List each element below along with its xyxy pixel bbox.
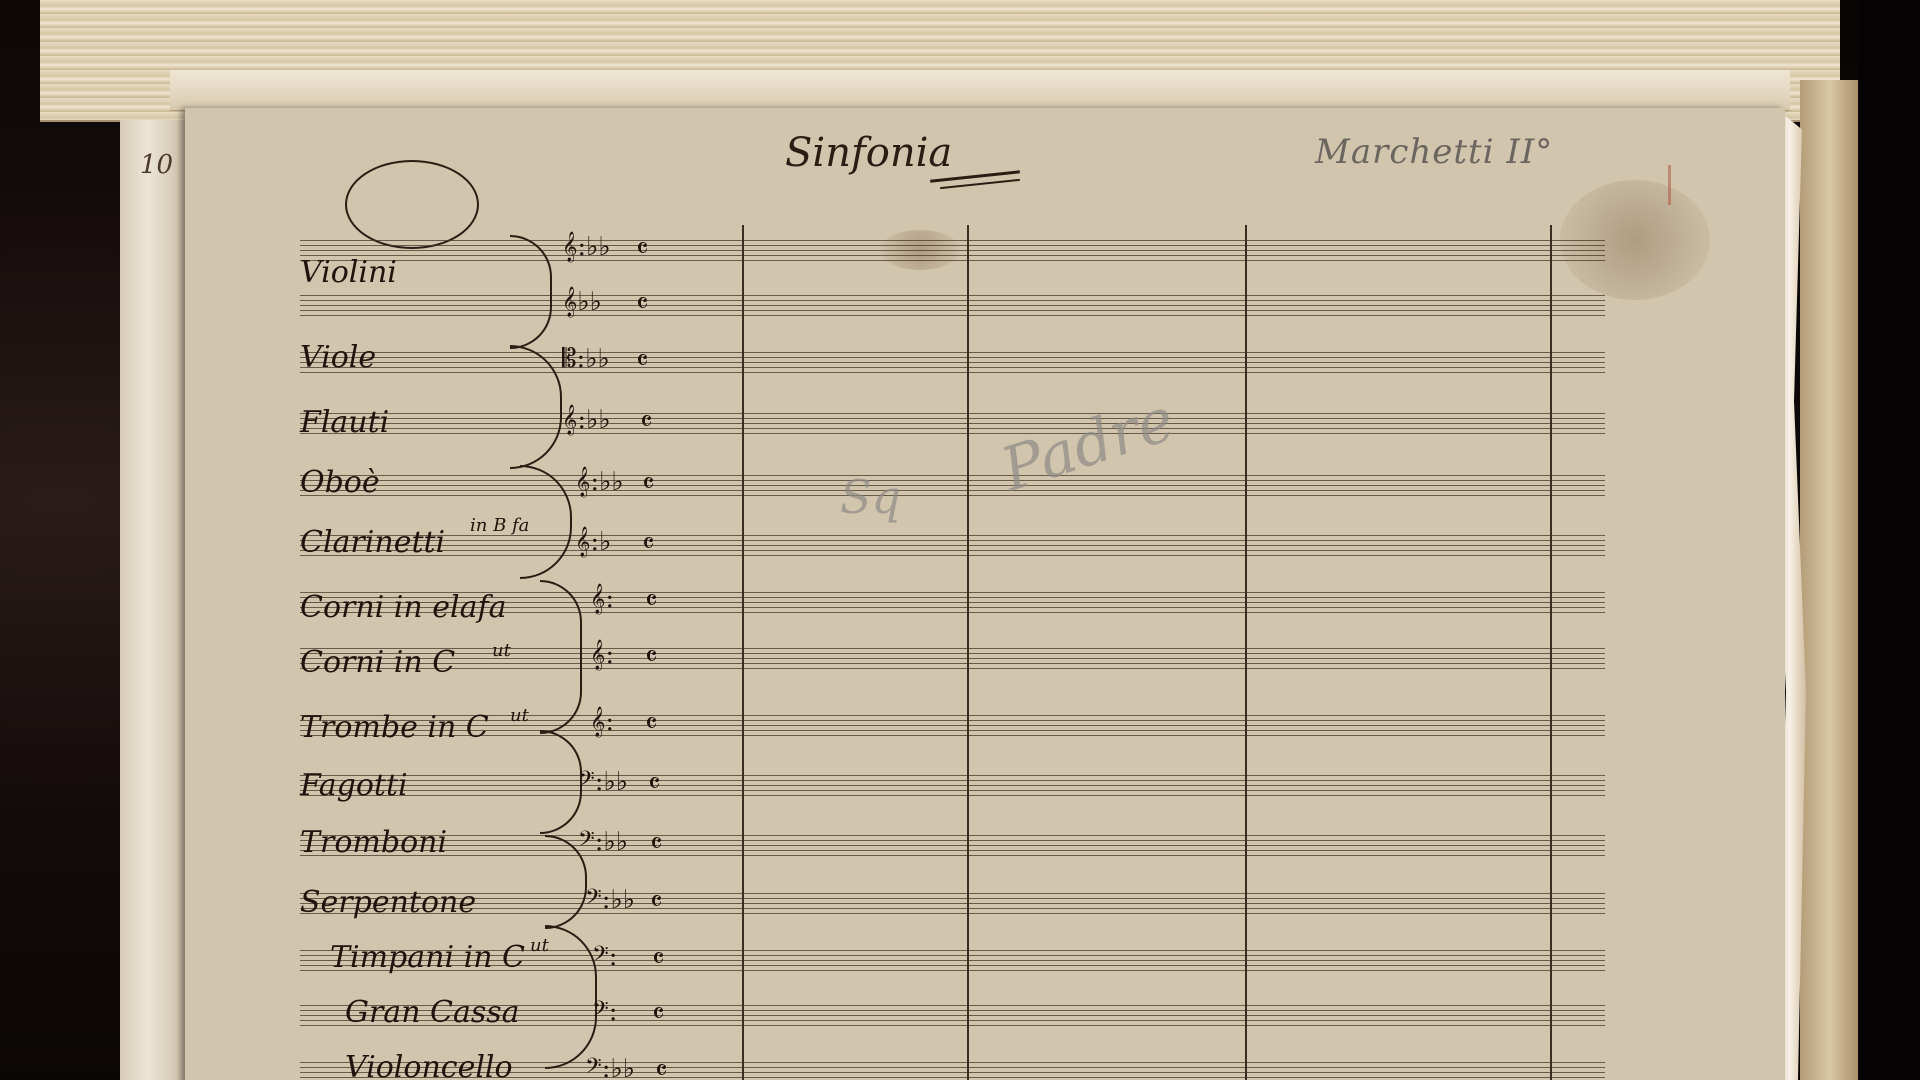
clarinetti-key: in B fa (470, 515, 529, 536)
side-sheet-number: 10 (140, 150, 173, 180)
clef-signature: 𝄞: (590, 707, 614, 738)
clef-signature: 𝄞:♭♭ (575, 467, 624, 498)
right-page-edge (1800, 80, 1860, 1080)
clef-signature: 𝄢:♭♭ (585, 885, 635, 916)
trombe-key: ut (510, 705, 529, 726)
clef-signature: 𝄢:♭♭ (578, 827, 628, 858)
instrument-label-clarinetti: Clarinetti (300, 525, 445, 560)
time-signature: 𝄴 (655, 1054, 668, 1080)
brace (540, 580, 582, 734)
staff (300, 835, 1605, 857)
time-signature: 𝄴 (650, 885, 663, 919)
bar-line (967, 225, 969, 1080)
staff (300, 295, 1605, 317)
bar-line (1550, 225, 1552, 1080)
staff (300, 893, 1605, 915)
clef-signature: 𝄞♭♭ (562, 287, 602, 318)
timpani-key: ut (530, 935, 549, 956)
clef-signature: 𝄢: (592, 942, 617, 973)
composer-annotation: Marchetti II° (1315, 132, 1553, 172)
bar-line (1245, 225, 1247, 1080)
bar-line (742, 225, 744, 1080)
pencil-annotation: Sq (840, 470, 901, 524)
instrument-label-timpani: Timpani in C (330, 940, 525, 975)
time-signature: 𝄴 (642, 467, 655, 501)
right-dark-border (1858, 0, 1920, 1080)
time-signature: 𝄴 (640, 405, 653, 439)
time-signature: 𝄴 (650, 827, 663, 861)
clef-signature: 𝄢: (592, 997, 617, 1028)
time-signature: 𝄴 (636, 232, 649, 266)
time-signature: 𝄴 (642, 527, 655, 561)
staff (300, 352, 1605, 374)
time-signature: 𝄴 (648, 767, 661, 801)
instrument-label-violini: Violini (300, 255, 397, 290)
clef-signature: 𝄞: (590, 640, 614, 671)
instrument-label-flauti: Flauti (300, 405, 389, 440)
time-signature: 𝄴 (636, 344, 649, 378)
instrument-label-oboe: Oboè (300, 465, 380, 500)
corni-key: ut (492, 640, 511, 661)
staff (300, 715, 1605, 737)
staff (300, 535, 1605, 557)
instrument-label-fagotti: Fagotti (300, 768, 408, 803)
clef-signature: 𝄞:♭ (575, 527, 611, 558)
time-signature: 𝄴 (636, 287, 649, 321)
clef-signature: 𝄞:♭♭ (562, 232, 611, 263)
decorative-flourish (345, 160, 479, 249)
time-signature: 𝄴 (652, 997, 665, 1031)
clef-signature: 𝄞: (590, 584, 614, 615)
instrument-label-tromboni: Tromboni (300, 825, 447, 860)
staff (300, 240, 1605, 262)
staff (300, 413, 1605, 435)
staff (300, 475, 1605, 497)
clef-signature: 𝄢:♭♭ (585, 1054, 635, 1080)
red-ink-mark (1668, 165, 1671, 205)
instrument-label-viole: Viole (300, 340, 376, 375)
time-signature: 𝄴 (652, 942, 665, 976)
time-signature: 𝄴 (645, 640, 658, 674)
instrument-label-corni-c: Corni in C (300, 645, 455, 680)
staff (300, 775, 1605, 797)
time-signature: 𝄴 (645, 584, 658, 618)
time-signature: 𝄴 (645, 707, 658, 741)
clef-signature: 𝄢:♭♭ (578, 767, 628, 798)
instrument-label-serpentone: Serpentone (300, 885, 476, 920)
score-title: Sinfonia (785, 130, 952, 176)
stacked-page-edge (170, 70, 1790, 111)
instrument-label-trombe: Trombe in C (300, 710, 489, 745)
clef-signature: 𝄡:♭♭ (562, 344, 610, 375)
instrument-label-gran-cassa: Gran Cassa (345, 995, 520, 1030)
clef-signature: 𝄞:♭♭ (562, 405, 611, 436)
instrument-label-corni-elafa: Corni in elafa (300, 590, 506, 625)
instrument-label-violoncello: Violoncello (345, 1050, 513, 1080)
